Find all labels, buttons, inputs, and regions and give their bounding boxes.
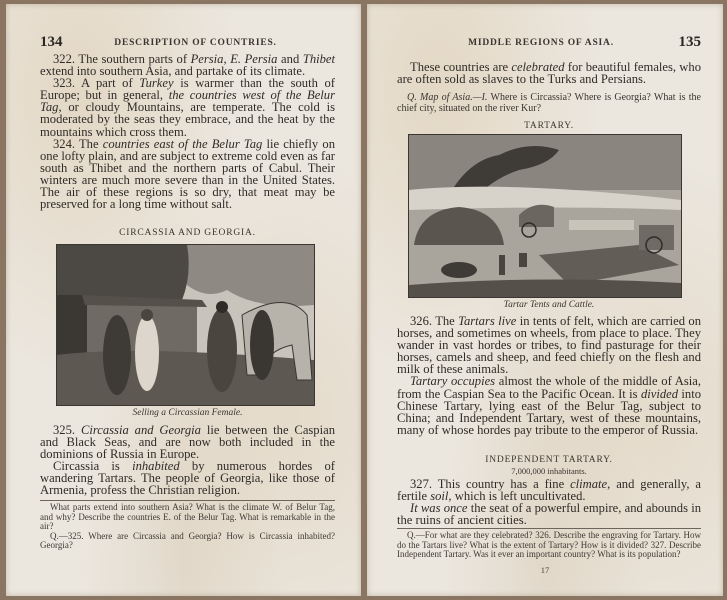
- paragraph-326-extent: Tartary occupies almost the whole of the…: [397, 375, 701, 435]
- study-questions: Q.—For what are they celebrated? 326. De…: [397, 531, 701, 560]
- running-head-title: DESCRIPTION OF COUNTRIES.: [50, 38, 341, 48]
- paragraph-322: 322. The southern parts of Persia, E. Pe…: [40, 53, 335, 77]
- page-number: 135: [679, 34, 702, 51]
- population-note: 7,000,000 inhabitants.: [397, 466, 701, 476]
- engraving-tartar-tents: [408, 134, 682, 298]
- question-block: Q.—For what are they celebrated? 326. De…: [397, 531, 701, 560]
- left-page: 134 DESCRIPTION OF COUNTRIES. 322. The s…: [6, 4, 361, 596]
- text-block-tartary: 326. The Tartars live in tents of felt, …: [397, 315, 701, 436]
- running-head-title: MIDDLE REGIONS OF ASIA.: [389, 38, 693, 48]
- paragraph-323: 323. A part of Turkey is warmer than the…: [40, 77, 335, 137]
- paragraph-327-empire: It was once the seat of a powerful empir…: [397, 502, 701, 526]
- section-heading-circassia: CIRCASSIA AND GEORGIA.: [40, 228, 335, 238]
- footnote-divider: [397, 528, 701, 529]
- text-block-independent: 327. This country has a fine climate, an…: [397, 478, 701, 526]
- intro-text: These countries are celebrated for beaut…: [397, 61, 701, 85]
- paragraph-325: 325. Circassia and Georgia lie between t…: [40, 424, 335, 460]
- text-block-bottom: 325. Circassia and Georgia lie between t…: [40, 424, 335, 497]
- question-block-1: What parts extend into southern Asia? Wh…: [40, 503, 335, 532]
- intro-paragraph: These countries are celebrated for beaut…: [397, 61, 701, 85]
- running-header: 134 DESCRIPTION OF COUNTRIES.: [40, 36, 331, 52]
- signature-mark: 17: [367, 565, 723, 575]
- subsection-heading-independent-tartary: INDEPENDENT TARTARY.: [397, 455, 701, 465]
- paragraph-326: 326. The Tartars live in tents of felt, …: [397, 315, 701, 375]
- right-page: MIDDLE REGIONS OF ASIA. 135 These countr…: [367, 4, 723, 596]
- engraving-caption: Selling a Circassian Female.: [40, 408, 335, 418]
- study-questions: What parts extend into southern Asia? Wh…: [40, 503, 335, 551]
- engraving-caption: Tartar Tents and Cattle.: [397, 300, 701, 310]
- section-heading-tartary: TARTARY.: [397, 121, 701, 131]
- paragraph-324: 324. The countries east of the Belur Tag…: [40, 138, 335, 211]
- running-header: MIDDLE REGIONS OF ASIA. 135: [397, 36, 701, 52]
- paragraph-327: 327. This country has a fine climate, an…: [397, 478, 701, 502]
- question-block-2: Q.—325. Where are Circassia and Georgia?…: [40, 532, 335, 551]
- paragraph-325-circassia: Circassia is inhabited by numerous horde…: [40, 460, 335, 496]
- map-question: Q. Map of Asia.—I. Where is Circassia? W…: [397, 93, 701, 114]
- text-block-top: 322. The southern parts of Persia, E. Pe…: [40, 53, 335, 210]
- footnote-divider: [40, 500, 335, 501]
- engraving-circassian-female: [56, 244, 315, 406]
